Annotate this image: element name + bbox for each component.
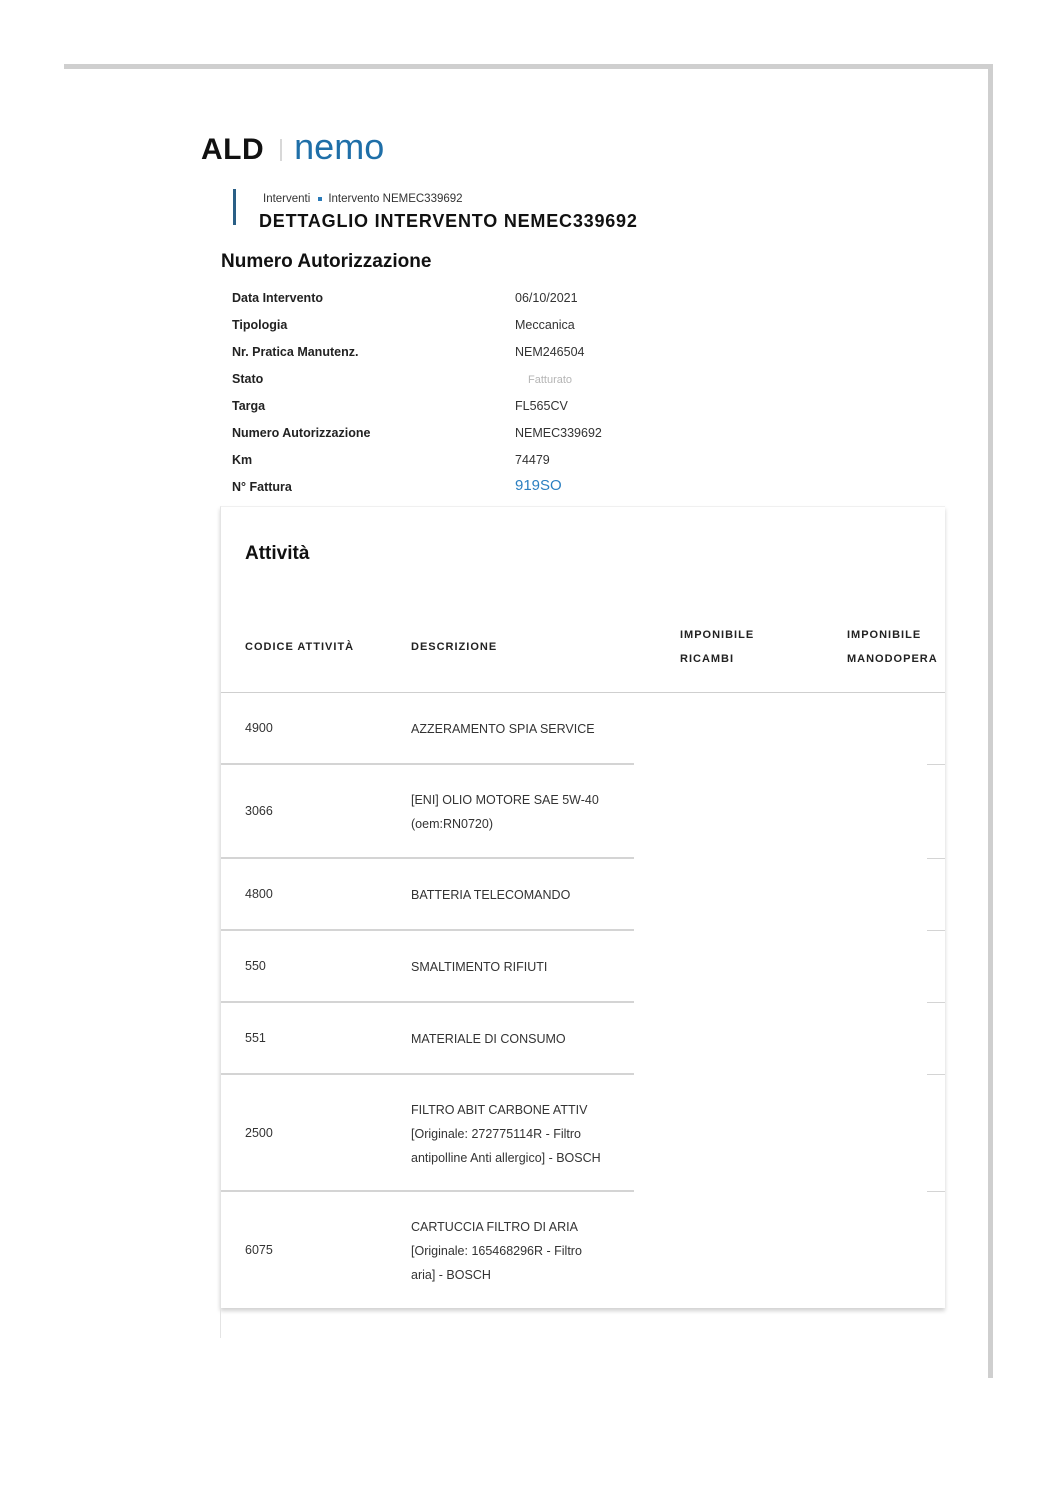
breadcrumb-separator-icon xyxy=(318,197,322,201)
detail-label: Tipologia xyxy=(232,318,287,332)
page-title: DETTAGLIO INTERVENTO NEMEC339692 xyxy=(259,211,638,232)
activities-card: Attività CODICE ATTIVITÀ DESCRIZIONE IMP… xyxy=(220,506,945,1308)
activity-code: 6075 xyxy=(245,1243,273,1257)
detail-row-fattura: N° Fattura 919SO xyxy=(232,477,652,504)
activity-code: 2500 xyxy=(245,1126,273,1140)
column-header-label: MANODOPERA xyxy=(847,647,938,671)
table-row: 6075CARTUCCIA FILTRO DI ARIA[Originale: … xyxy=(221,1192,945,1309)
details-list: Data Intervento 06/10/2021 Tipologia Mec… xyxy=(232,288,652,504)
page-border-top xyxy=(64,64,993,69)
detail-row-targa: Targa FL565CV xyxy=(232,396,652,423)
activity-description: AZZERAMENTO SPIA SERVICE xyxy=(411,717,651,741)
activity-description: [ENI] OLIO MOTORE SAE 5W-40(oem:RN0720) xyxy=(411,788,651,836)
activity-description: CARTUCCIA FILTRO DI ARIA[Originale: 1654… xyxy=(411,1215,651,1287)
detail-row-numero-autorizzazione: Numero Autorizzazione NEMEC339692 xyxy=(232,423,652,450)
column-header-label: DESCRIZIONE xyxy=(411,635,497,659)
detail-label: Numero Autorizzazione xyxy=(232,426,370,440)
detail-value: Meccanica xyxy=(515,318,575,332)
logo-separator xyxy=(280,139,282,161)
activity-code: 551 xyxy=(245,1031,266,1045)
detail-label: N° Fattura xyxy=(232,480,292,494)
table-row: 2500FILTRO ABIT CARBONE ATTIV[Originale:… xyxy=(221,1075,945,1192)
detail-row-stato: Stato Fatturato xyxy=(232,369,652,396)
detail-value: 74479 xyxy=(515,453,550,467)
detail-value: NEMEC339692 xyxy=(515,426,602,440)
header-accent-bar xyxy=(233,189,236,225)
card-edge xyxy=(220,1308,221,1338)
column-header-imponibile-manodopera: IMPONIBILE MANODOPERA xyxy=(847,623,938,671)
activity-code: 4800 xyxy=(245,887,273,901)
detail-row-data-intervento: Data Intervento 06/10/2021 xyxy=(232,288,652,315)
column-header-label: IMPONIBILE xyxy=(847,623,938,647)
table-row: 4900AZZERAMENTO SPIA SERVICE xyxy=(221,693,945,765)
column-header-descrizione: DESCRIZIONE xyxy=(411,635,497,659)
column-header-codice: CODICE ATTIVITÀ xyxy=(245,635,354,659)
detail-row-tipologia: Tipologia Meccanica xyxy=(232,315,652,342)
table-row: 4800BATTERIA TELECOMANDO xyxy=(221,859,945,931)
breadcrumb-intervento[interactable]: Intervento NEMEC339692 xyxy=(328,193,462,205)
column-header-label: CODICE ATTIVITÀ xyxy=(245,635,354,659)
activity-code: 3066 xyxy=(245,804,273,818)
activity-description: SMALTIMENTO RIFIUTI xyxy=(411,955,651,979)
column-header-label: IMPONIBILE xyxy=(680,623,754,647)
activities-title: Attività xyxy=(245,543,309,565)
detail-value: 06/10/2021 xyxy=(515,291,578,305)
activities-table-body: 4900AZZERAMENTO SPIA SERVICE3066[ENI] OL… xyxy=(221,693,945,1309)
activity-code: 550 xyxy=(245,959,266,973)
logo-ald: ALD xyxy=(201,133,264,167)
table-row: 3066[ENI] OLIO MOTORE SAE 5W-40(oem:RN07… xyxy=(221,765,945,859)
detail-label: Km xyxy=(232,453,252,467)
brand-logo: ALD nemo xyxy=(201,128,384,172)
detail-row-pratica: Nr. Pratica Manutenz. NEM246504 xyxy=(232,342,652,369)
table-row: 551MATERIALE DI CONSUMO xyxy=(221,1003,945,1075)
detail-value: NEM246504 xyxy=(515,345,585,359)
detail-value: FL565CV xyxy=(515,399,568,413)
breadcrumb: Interventi Intervento NEMEC339692 xyxy=(263,193,463,205)
logo-nemo: nemo xyxy=(294,126,384,168)
detail-row-km: Km 74479 xyxy=(232,450,652,477)
breadcrumb-interventi[interactable]: Interventi xyxy=(263,193,310,205)
detail-label: Stato xyxy=(232,372,263,386)
detail-label: Targa xyxy=(232,399,265,413)
section-title: Numero Autorizzazione xyxy=(221,251,431,273)
detail-label: Data Intervento xyxy=(232,291,323,305)
status-badge: Fatturato xyxy=(528,374,572,386)
page-border-right xyxy=(988,64,993,1378)
activity-code: 4900 xyxy=(245,721,273,735)
invoice-link[interactable]: 919SO xyxy=(515,477,562,494)
table-row: 550SMALTIMENTO RIFIUTI xyxy=(221,931,945,1003)
column-header-imponibile-ricambi: IMPONIBILE RICAMBI xyxy=(680,623,754,671)
activity-description: MATERIALE DI CONSUMO xyxy=(411,1027,651,1051)
activity-description: BATTERIA TELECOMANDO xyxy=(411,883,651,907)
activity-description: FILTRO ABIT CARBONE ATTIV[Originale: 272… xyxy=(411,1098,651,1170)
detail-label: Nr. Pratica Manutenz. xyxy=(232,345,358,359)
column-header-label: RICAMBI xyxy=(680,647,754,671)
